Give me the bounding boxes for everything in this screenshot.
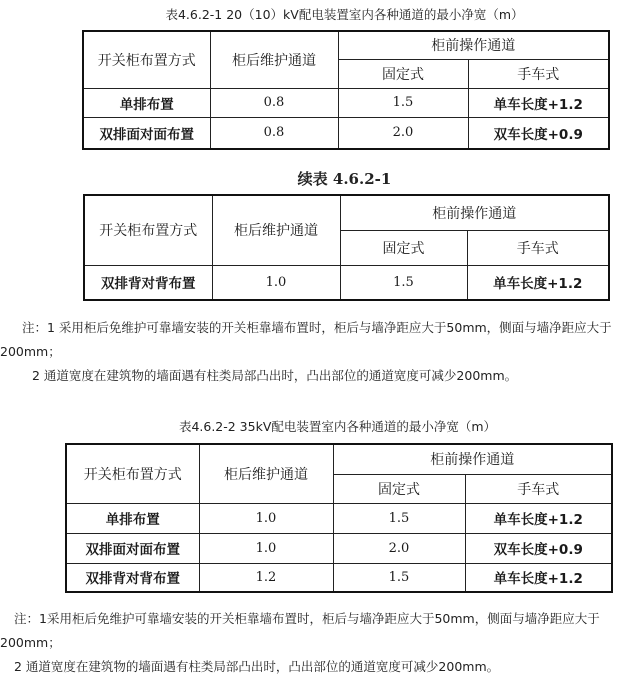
cell-arrangement: 双排面对面布置 bbox=[83, 117, 210, 149]
header-fixed: 固定式 bbox=[333, 474, 465, 503]
table1: 开关柜布置方式 柜后维护通道 柜前操作通道 固定式 手车式 单排布置 0.8 1… bbox=[82, 30, 610, 150]
cell-cart: 单车长度+1.2 bbox=[467, 265, 609, 300]
header-arrangement: 开关柜布置方式 bbox=[83, 31, 210, 88]
header-fixed: 固定式 bbox=[338, 59, 468, 88]
cell-rear: 1.0 bbox=[199, 533, 333, 563]
cell-cart: 双车长度+0.9 bbox=[465, 533, 612, 563]
note1-line1: 注：1 采用柜后免维护可靠墙安装的开关柜靠墙布置时，柜后与墙净距应大于50mm，… bbox=[22, 318, 612, 336]
table2-title: 表4.6.2-2 35kV配电装置室内各种通道的最小净宽（m） bbox=[65, 417, 610, 435]
cell-arrangement: 单排布置 bbox=[66, 503, 199, 533]
cell-fixed: 1.5 bbox=[333, 503, 465, 533]
table1-cont-title: 续表 4.6.2-1 bbox=[82, 168, 607, 189]
cell-arrangement: 双排背对背布置 bbox=[84, 265, 212, 300]
table-row: 双排背对背布置 1.2 1.5 单车长度+1.2 bbox=[66, 563, 612, 592]
note2-line1-cont: 200mm； bbox=[0, 633, 61, 651]
table-row: 单排布置 1.0 1.5 单车长度+1.2 bbox=[66, 503, 612, 533]
note2-line1: 注：1采用柜后免维护可靠墙安装的开关柜靠墙布置时，柜后与墙净距应大于50mm，侧… bbox=[14, 609, 600, 627]
note2-line2: 2 通道宽度在建筑物的墙面遇有柱类局部凸出时，凸出部位的通道宽度可减少200mm… bbox=[14, 657, 499, 675]
header-cart: 手车式 bbox=[465, 474, 612, 503]
table-row: 双排背对背布置 1.0 1.5 单车长度+1.2 bbox=[84, 265, 609, 300]
cell-cart: 单车长度+1.2 bbox=[468, 88, 609, 117]
cell-fixed: 2.0 bbox=[338, 117, 468, 149]
header-rear-passage: 柜后维护通道 bbox=[212, 195, 340, 265]
table-row: 双排面对面布置 0.8 2.0 双车长度+0.9 bbox=[83, 117, 609, 149]
cell-fixed: 2.0 bbox=[333, 533, 465, 563]
header-front-passage: 柜前操作通道 bbox=[340, 195, 609, 230]
table-row: 单排布置 0.8 1.5 单车长度+1.2 bbox=[83, 88, 609, 117]
cell-fixed: 1.5 bbox=[340, 265, 467, 300]
header-arrangement: 开关柜布置方式 bbox=[66, 444, 199, 503]
header-cart: 手车式 bbox=[468, 59, 609, 88]
note1-line1-cont: 200mm； bbox=[0, 342, 61, 360]
cell-cart: 单车长度+1.2 bbox=[465, 503, 612, 533]
cell-cart: 单车长度+1.2 bbox=[465, 563, 612, 592]
cell-rear: 1.0 bbox=[212, 265, 340, 300]
header-fixed: 固定式 bbox=[340, 230, 467, 265]
header-front-passage: 柜前操作通道 bbox=[333, 444, 612, 474]
header-front-passage: 柜前操作通道 bbox=[338, 31, 609, 59]
header-cart: 手车式 bbox=[467, 230, 609, 265]
cell-rear: 0.8 bbox=[210, 88, 338, 117]
cell-rear: 1.2 bbox=[199, 563, 333, 592]
cell-fixed: 1.5 bbox=[333, 563, 465, 592]
header-rear-passage: 柜后维护通道 bbox=[210, 31, 338, 88]
header-rear-passage: 柜后维护通道 bbox=[199, 444, 333, 503]
cell-rear: 0.8 bbox=[210, 117, 338, 149]
note1-line2: 2 通道宽度在建筑物的墙面遇有柱类局部凸出时，凸出部位的通道宽度可减少200mm… bbox=[32, 366, 517, 384]
cell-arrangement: 双排面对面布置 bbox=[66, 533, 199, 563]
cell-cart: 双车长度+0.9 bbox=[468, 117, 609, 149]
table1-continued: 开关柜布置方式 柜后维护通道 柜前操作通道 固定式 手车式 双排背对背布置 1.… bbox=[83, 194, 610, 301]
cell-arrangement: 双排背对背布置 bbox=[66, 563, 199, 592]
cell-rear: 1.0 bbox=[199, 503, 333, 533]
header-arrangement: 开关柜布置方式 bbox=[84, 195, 212, 265]
table1-title: 表4.6.2-1 20（10）kV配电装置室内各种通道的最小净宽（m） bbox=[82, 5, 607, 23]
table2: 开关柜布置方式 柜后维护通道 柜前操作通道 固定式 手车式 单排布置 1.0 1… bbox=[65, 443, 613, 593]
cell-arrangement: 单排布置 bbox=[83, 88, 210, 117]
cell-fixed: 1.5 bbox=[338, 88, 468, 117]
table-row: 双排面对面布置 1.0 2.0 双车长度+0.9 bbox=[66, 533, 612, 563]
